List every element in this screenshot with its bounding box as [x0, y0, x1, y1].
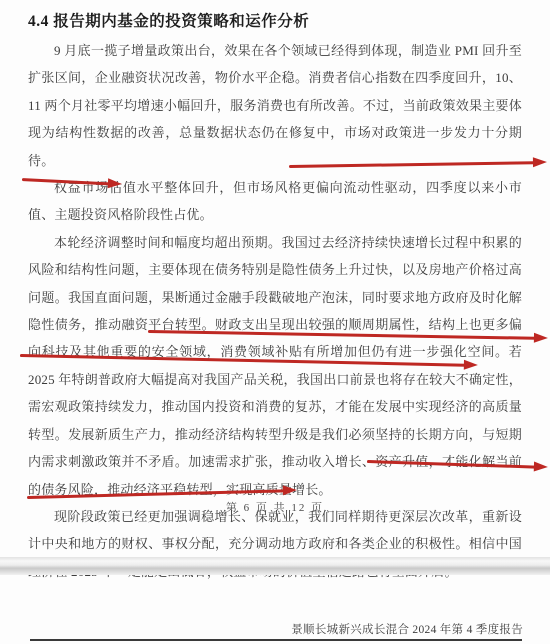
paragraph-economic-adjustment: 本轮经济调整时间和幅度均超出预期。我国过去经济持续快速增长过程中积累的风险和结构… — [28, 229, 522, 503]
page-number: 第 6 页 共 12 页 — [0, 499, 550, 515]
section-title: 4.4 报告期内基金的投资策略和运作分析 — [28, 9, 522, 31]
paragraph-equity-market: 权益市场估值水平整体回升，但市场风格更偏向流动性驱动，四季度以来小市值、主题投资… — [28, 174, 522, 229]
page-break-divider — [0, 557, 550, 575]
document-body: 4.4 报告期内基金的投资策略和运作分析 9 月底一揽子增量政策出台，效果在各个… — [28, 0, 522, 585]
paragraph-macro-policy: 9 月底一揽子增量政策出台，效果在各个领域已经得到体现，制造业 PMI 回升至扩… — [28, 37, 522, 174]
header-rule — [30, 639, 522, 641]
report-page: 4.4 报告期内基金的投资策略和运作分析 9 月底一揽子增量政策出台，效果在各个… — [0, 0, 550, 644]
next-page-running-header: 景顺长城新兴成长混合 2024 年第 4 季度报告 — [291, 621, 523, 637]
